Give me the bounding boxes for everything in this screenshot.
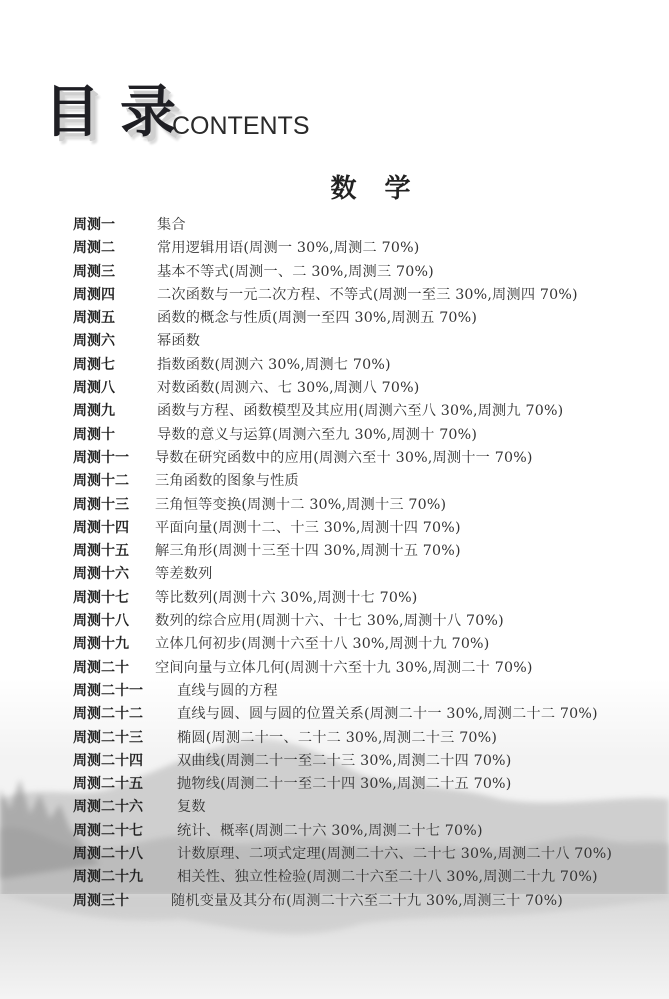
- toc-entry-label: 周测二十七: [73, 820, 143, 843]
- toc-entry-title: 统计、概率(周测二十六 30%,周测二十七 70%): [177, 820, 483, 843]
- toc-entry-title: 导数在研究函数中的应用(周测六至十 30%,周测十一 70%): [155, 447, 533, 470]
- toc-entry-title: 对数函数(周测六、七 30%,周测八 70%): [157, 377, 420, 400]
- toc-entry-title: 抛物线(周测二十一至二十四 30%,周测二十五 70%): [177, 773, 511, 796]
- toc-entry[interactable]: 周测二十六复数: [73, 796, 663, 819]
- toc-entry-title: 随机变量及其分布(周测二十六至二十九 30%,周测三十 70%): [171, 890, 563, 913]
- toc-entry-title: 立体几何初步(周测十六至十八 30%,周测十九 70%): [155, 633, 489, 656]
- toc-entry-title: 二次函数与一元二次方程、不等式(周测一至三 30%,周测四 70%): [157, 284, 578, 307]
- toc-entry-label: 周测十一: [73, 447, 129, 470]
- toc-entry-title: 双曲线(周测二十一至二十三 30%,周测二十四 70%): [177, 750, 511, 773]
- toc-entry[interactable]: 周测十三三角恒等变换(周测十二 30%,周测十三 70%): [73, 494, 663, 517]
- toc-entry[interactable]: 周测十四平面向量(周测十二、十三 30%,周测十四 70%): [73, 517, 663, 540]
- toc-entry-label: 周测十二: [73, 470, 129, 493]
- toc-entry-label: 周测二十二: [73, 703, 143, 726]
- toc-entry-title: 基本不等式(周测一、二 30%,周测三 70%): [157, 261, 434, 284]
- toc-entry[interactable]: 周测三十随机变量及其分布(周测二十六至二十九 30%,周测三十 70%): [73, 890, 663, 913]
- toc-entry-title: 三角函数的图象与性质: [155, 470, 299, 493]
- table-of-contents: 周测一集合周测二常用逻辑用语(周测一 30%,周测二 70%)周测三基本不等式(…: [73, 214, 663, 913]
- toc-entry-label: 周测九: [73, 400, 115, 423]
- toc-entry[interactable]: 周测十二三角函数的图象与性质: [73, 470, 663, 493]
- toc-entry-title: 常用逻辑用语(周测一 30%,周测二 70%): [157, 237, 420, 260]
- toc-entry-label: 周测二十六: [73, 796, 143, 819]
- toc-entry-label: 周测十三: [73, 494, 129, 517]
- toc-entry-title: 数列的综合应用(周测十六、十七 30%,周测十八 70%): [155, 610, 504, 633]
- toc-entry-label: 周测二十九: [73, 866, 143, 889]
- toc-entry-title: 幂函数: [157, 330, 200, 353]
- toc-entry-title: 指数函数(周测六 30%,周测七 70%): [157, 354, 391, 377]
- toc-entry-label: 周测三: [73, 261, 115, 284]
- toc-entry[interactable]: 周测五函数的概念与性质(周测一至四 30%,周测五 70%): [73, 307, 663, 330]
- toc-entry[interactable]: 周测二十九相关性、独立性检验(周测二十六至二十八 30%,周测二十九 70%): [73, 866, 663, 889]
- toc-entry[interactable]: 周测十五解三角形(周测十三至十四 30%,周测十五 70%): [73, 540, 663, 563]
- toc-entry[interactable]: 周测十一导数在研究函数中的应用(周测六至十 30%,周测十一 70%): [73, 447, 663, 470]
- toc-entry-label: 周测三十: [73, 890, 129, 913]
- toc-entry-label: 周测五: [73, 307, 115, 330]
- toc-entry-title: 集合: [157, 214, 186, 237]
- toc-entry[interactable]: 周测二十二直线与圆、圆与圆的位置关系(周测二十一 30%,周测二十二 70%): [73, 703, 663, 726]
- toc-entry[interactable]: 周测八对数函数(周测六、七 30%,周测八 70%): [73, 377, 663, 400]
- toc-entry-label: 周测四: [73, 284, 115, 307]
- toc-entry-label: 周测二十: [73, 657, 129, 680]
- toc-entry[interactable]: 周测二十四双曲线(周测二十一至二十三 30%,周测二十四 70%): [73, 750, 663, 773]
- toc-entry-label: 周测十六: [73, 563, 129, 586]
- toc-entry-label: 周测二十五: [73, 773, 143, 796]
- toc-entry[interactable]: 周测十七等比数列(周测十六 30%,周测十七 70%): [73, 587, 663, 610]
- toc-entry-title: 椭圆(周测二十一、二十二 30%,周测二十三 70%): [177, 727, 497, 750]
- toc-entry-title: 解三角形(周测十三至十四 30%,周测十五 70%): [155, 540, 461, 563]
- toc-entry-label: 周测六: [73, 330, 115, 353]
- toc-entry[interactable]: 周测二十三椭圆(周测二十一、二十二 30%,周测二十三 70%): [73, 727, 663, 750]
- toc-entry-label: 周测八: [73, 377, 115, 400]
- toc-entry[interactable]: 周测十导数的意义与运算(周测六至九 30%,周测十 70%): [73, 424, 663, 447]
- toc-entry[interactable]: 周测三基本不等式(周测一、二 30%,周测三 70%): [73, 261, 663, 284]
- toc-entry[interactable]: 周测二十五抛物线(周测二十一至二十四 30%,周测二十五 70%): [73, 773, 663, 796]
- toc-entry-label: 周测二: [73, 237, 115, 260]
- toc-entry[interactable]: 周测十八数列的综合应用(周测十六、十七 30%,周测十八 70%): [73, 610, 663, 633]
- toc-entry-label: 周测十: [73, 424, 115, 447]
- toc-entry-title: 平面向量(周测十二、十三 30%,周测十四 70%): [155, 517, 461, 540]
- toc-entry-label: 周测二十八: [73, 843, 143, 866]
- toc-entry-label: 周测二十三: [73, 727, 143, 750]
- toc-entry-title: 直线与圆、圆与圆的位置关系(周测二十一 30%,周测二十二 70%): [177, 703, 598, 726]
- toc-entry[interactable]: 周测二十一直线与圆的方程: [73, 680, 663, 703]
- toc-entry[interactable]: 周测二常用逻辑用语(周测一 30%,周测二 70%): [73, 237, 663, 260]
- toc-entry-label: 周测二十四: [73, 750, 143, 773]
- toc-entry-title: 等差数列: [155, 563, 213, 586]
- toc-entry[interactable]: 周测六幂函数: [73, 330, 663, 353]
- toc-entry-title: 空间向量与立体几何(周测十六至十九 30%,周测二十 70%): [155, 657, 533, 680]
- toc-entry-title: 等比数列(周测十六 30%,周测十七 70%): [155, 587, 418, 610]
- toc-entry[interactable]: 周测二十七统计、概率(周测二十六 30%,周测二十七 70%): [73, 820, 663, 843]
- toc-entry-label: 周测七: [73, 354, 115, 377]
- toc-entry-title: 相关性、独立性检验(周测二十六至二十八 30%,周测二十九 70%): [177, 866, 598, 889]
- toc-entry-title: 函数与方程、函数模型及其应用(周测六至八 30%,周测九 70%): [157, 400, 563, 423]
- toc-entry[interactable]: 周测十六等差数列: [73, 563, 663, 586]
- toc-entry[interactable]: 周测二十空间向量与立体几何(周测十六至十九 30%,周测二十 70%): [73, 657, 663, 680]
- toc-entry[interactable]: 周测九函数与方程、函数模型及其应用(周测六至八 30%,周测九 70%): [73, 400, 663, 423]
- toc-entry-title: 复数: [177, 796, 206, 819]
- subject-heading: 数学: [0, 168, 669, 205]
- toc-entry-label: 周测十八: [73, 610, 129, 633]
- toc-entry-title: 函数的概念与性质(周测一至四 30%,周测五 70%): [157, 307, 477, 330]
- toc-entry[interactable]: 周测七指数函数(周测六 30%,周测七 70%): [73, 354, 663, 377]
- toc-entry-title: 三角恒等变换(周测十二 30%,周测十三 70%): [155, 494, 446, 517]
- toc-entry[interactable]: 周测四二次函数与一元二次方程、不等式(周测一至三 30%,周测四 70%): [73, 284, 663, 307]
- toc-entry[interactable]: 周测二十八计数原理、二项式定理(周测二十六、二十七 30%,周测二十八 70%): [73, 843, 663, 866]
- title-en: CONTENTS: [172, 112, 310, 141]
- toc-entry[interactable]: 周测十九立体几何初步(周测十六至十八 30%,周测十九 70%): [73, 633, 663, 656]
- toc-entry[interactable]: 周测一集合: [73, 214, 663, 237]
- toc-entry-title: 计数原理、二项式定理(周测二十六、二十七 30%,周测二十八 70%): [177, 843, 612, 866]
- toc-entry-label: 周测二十一: [73, 680, 143, 703]
- toc-entry-label: 周测十九: [73, 633, 129, 656]
- toc-entry-label: 周测一: [73, 214, 115, 237]
- toc-entry-label: 周测十四: [73, 517, 129, 540]
- toc-entry-title: 导数的意义与运算(周测六至九 30%,周测十 70%): [157, 424, 477, 447]
- toc-entry-label: 周测十五: [73, 540, 129, 563]
- toc-entry-label: 周测十七: [73, 587, 129, 610]
- toc-entry-title: 直线与圆的方程: [177, 680, 278, 703]
